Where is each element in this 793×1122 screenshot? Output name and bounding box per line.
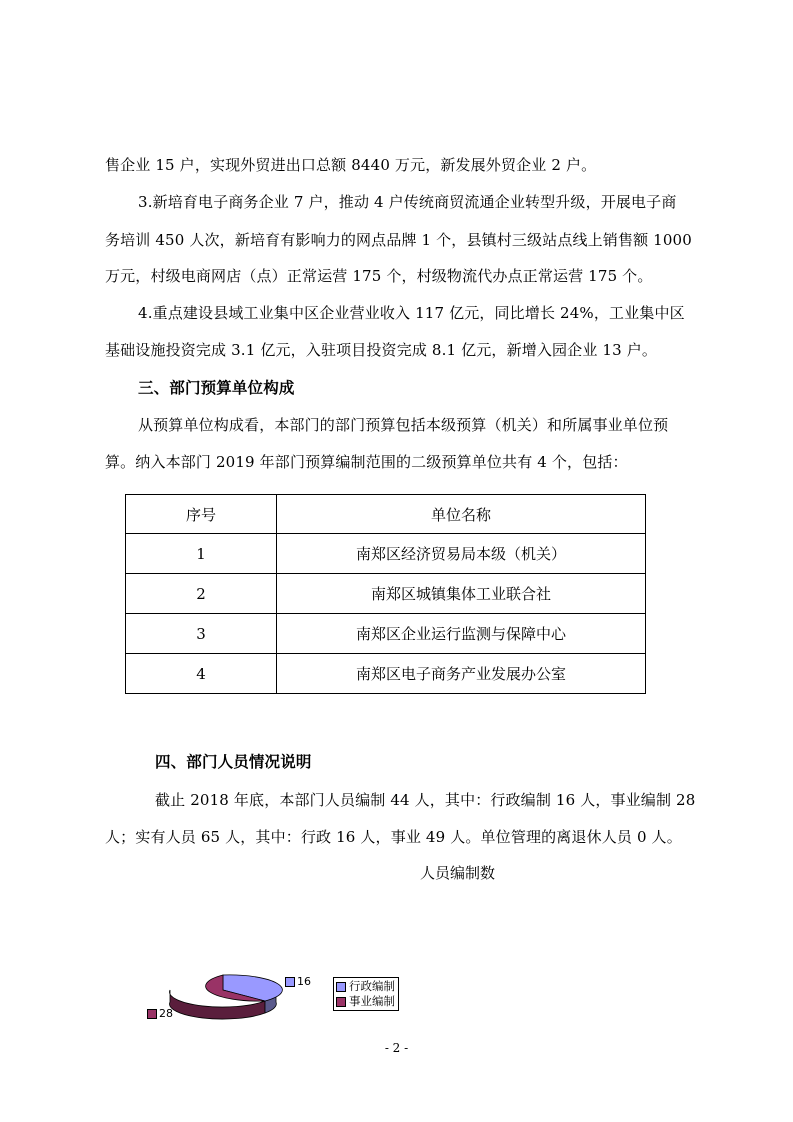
table-header-row: 序号 单位名称 [126, 495, 646, 534]
data-label-career: 28 [147, 1007, 173, 1020]
pie-chart [165, 970, 285, 1022]
text-line: 从预算单位构成看，本部门的部门预算包括本级预算（机关）和所属事业单位预 [138, 415, 730, 435]
legend-label: 行政编制 [349, 979, 395, 994]
legend-item-career: 事业编制 [336, 994, 395, 1009]
legend-swatch-icon [336, 982, 346, 992]
cell-unit-name: 南郑区经济贸易局本级（机关） [277, 534, 646, 574]
text-line: 算。纳入本部门 2019 年部门预算编制范围的二级预算单位共有 4 个，包括： [105, 452, 697, 472]
budget-units-table: 序号 单位名称 1 南郑区经济贸易局本级（机关） 2 南郑区城镇集体工业联合社 … [125, 494, 646, 694]
table-row: 4 南郑区电子商务产业发展办公室 [126, 654, 646, 694]
cell-index: 4 [126, 654, 277, 694]
table-row: 2 南郑区城镇集体工业联合社 [126, 574, 646, 614]
legend-item-admin: 行政编制 [336, 979, 395, 994]
swatch-icon [285, 977, 295, 987]
header-unit-name: 单位名称 [277, 495, 646, 534]
header-index: 序号 [126, 495, 277, 534]
data-label-admin: 16 [285, 975, 311, 988]
text-line: 人；实有人员 65 人，其中：行政 16 人，事业 49 人。单位管理的离退休人… [105, 827, 697, 847]
data-label-value: 28 [159, 1007, 173, 1020]
legend-label: 事业编制 [349, 994, 395, 1009]
table-row: 1 南郑区经济贸易局本级（机关） [126, 534, 646, 574]
data-label-value: 16 [297, 975, 311, 988]
section-heading: 三、部门预算单位构成 [138, 378, 730, 398]
text-line: 万元，村级电商网店（点）正常运营 175 个，村级物流代办点正常运营 175 个… [105, 266, 697, 286]
cell-unit-name: 南郑区城镇集体工业联合社 [277, 574, 646, 614]
chart-legend: 行政编制 事业编制 [333, 977, 399, 1011]
section-heading: 四、部门人员情况说明 [155, 752, 747, 772]
cell-index: 3 [126, 614, 277, 654]
legend-swatch-icon [336, 997, 346, 1007]
cell-index: 1 [126, 534, 277, 574]
table-row: 3 南郑区企业运行监测与保障中心 [126, 614, 646, 654]
chart-title: 人员编制数 [420, 862, 495, 883]
text-line: 3.新培育电子商务企业 7 户，推动 4 户传统商贸流通企业转型升级，开展电子商 [138, 192, 730, 212]
swatch-icon [147, 1009, 157, 1019]
text-line: 截止 2018 年底，本部门人员编制 44 人，其中：行政编制 16 人，事业编… [155, 790, 747, 810]
text-line: 4.重点建设县域工业集中区企业营业收入 117 亿元，同比增长 24%，工业集中… [138, 303, 730, 323]
page-number: - 2 - [0, 1041, 793, 1055]
text-line: 务培训 450 人次，新培育有影响力的网点品牌 1 个，县镇村三级站点线上销售额… [105, 230, 697, 250]
text-line: 售企业 15 户，实现外贸进出口总额 8440 万元，新发展外贸企业 2 户。 [105, 155, 697, 175]
cell-index: 2 [126, 574, 277, 614]
cell-unit-name: 南郑区电子商务产业发展办公室 [277, 654, 646, 694]
cell-unit-name: 南郑区企业运行监测与保障中心 [277, 614, 646, 654]
text-line: 基础设施投资完成 3.1 亿元，入驻项目投资完成 8.1 亿元，新增入园企业 1… [105, 340, 697, 360]
